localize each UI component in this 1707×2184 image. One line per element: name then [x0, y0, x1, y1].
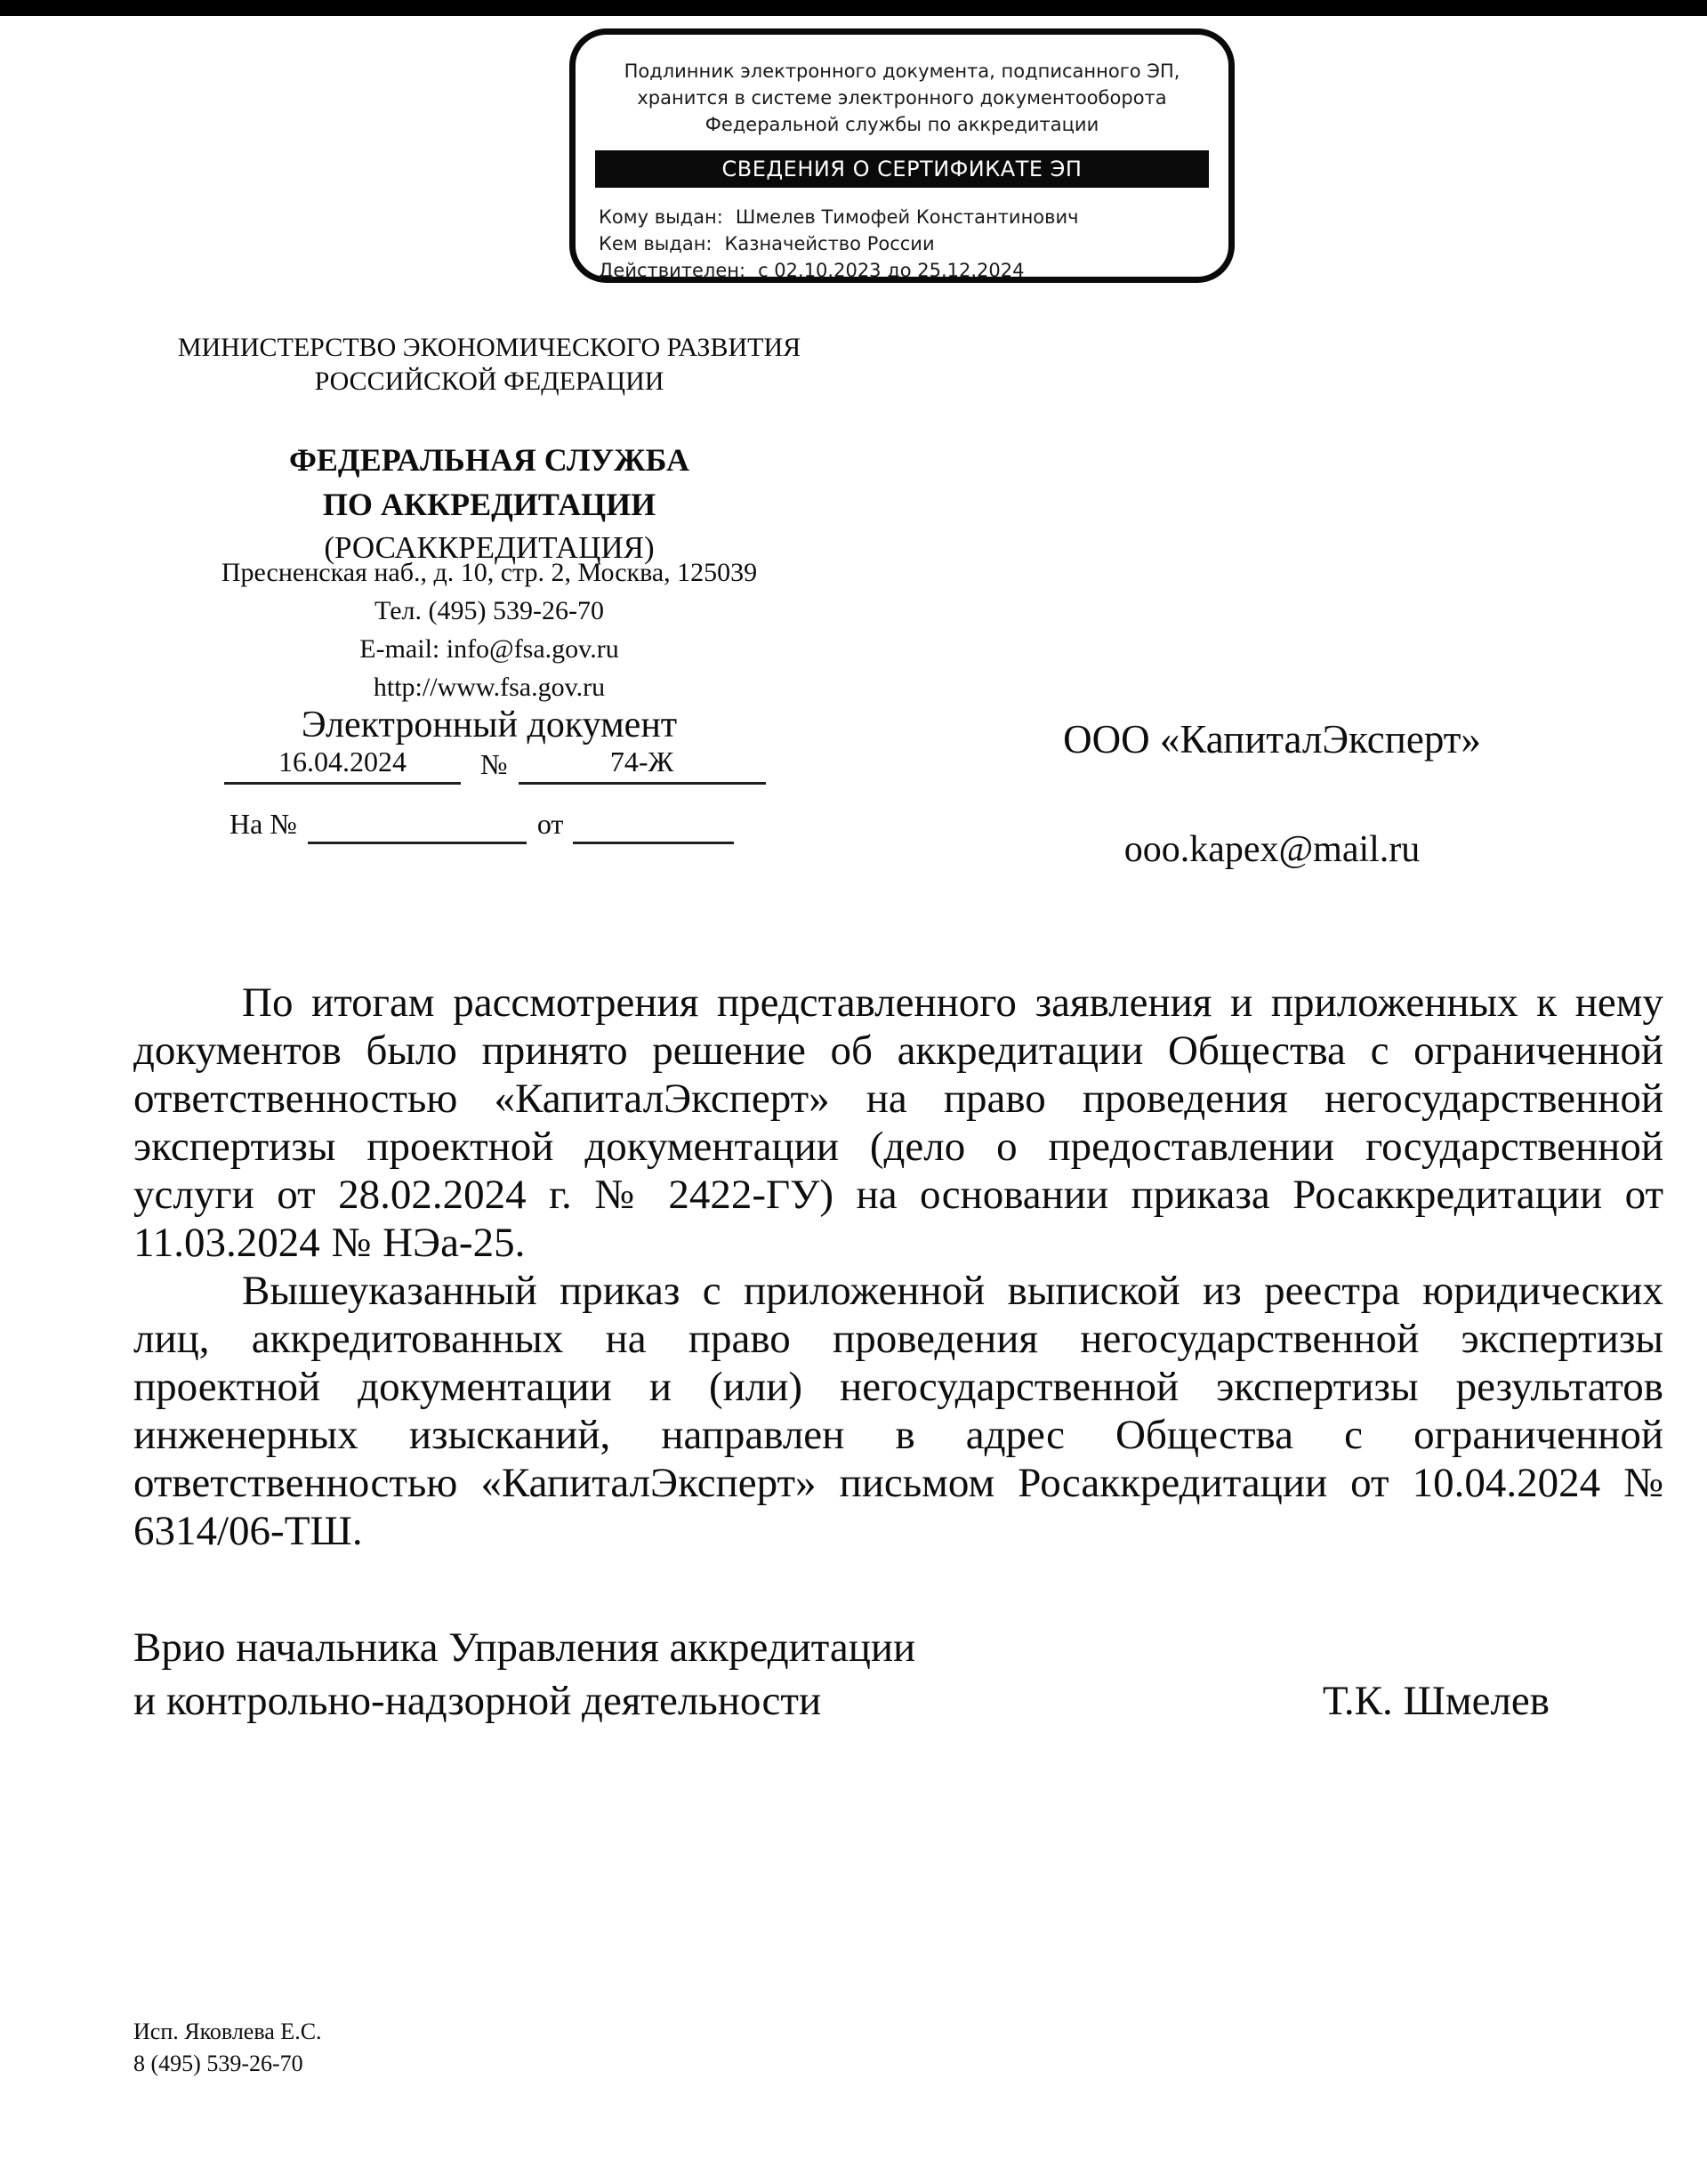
incoming-reference-row: На № от: [229, 805, 734, 844]
ministry-line1: МИНИСТЕРСТВО ЭКОНОМИЧЕСКОГО РАЗВИТИЯ: [89, 331, 890, 365]
esign-stamp: Подлинник электронного документа, подпис…: [569, 28, 1235, 283]
outgoing-reference-row: 16.04.2024 № 74-Ж: [224, 745, 766, 785]
outgoing-date-field: 16.04.2024: [224, 745, 461, 785]
stamp-issued-to-value: Шмелев Тимофей Константинович: [736, 206, 1079, 228]
body-paragraph-1: По итогам рассмотрения представленного з…: [133, 979, 1663, 1267]
letter-body: По итогам рассмотрения представленного з…: [133, 979, 1663, 1555]
body-paragraph-2: Вышеуказанный приказ с приложенной выпис…: [133, 1267, 1663, 1555]
postal-address: Пресненская наб., д. 10, стр. 2, Москва,…: [89, 553, 890, 592]
reply-number-blank-field: [308, 805, 527, 844]
website-line: http://www.fsa.gov.ru: [89, 668, 890, 706]
ministry-heading: МИНИСТЕРСТВО ЭКОНОМИЧЕСКОГО РАЗВИТИЯ РОС…: [89, 331, 890, 399]
stamp-issued-by-value: Казначейство России: [725, 233, 935, 254]
executor-name: Исп. Яковлева Е.С.: [133, 2016, 322, 2048]
service-line1: ФЕДЕРАЛЬНАЯ СЛУЖБА: [89, 438, 890, 482]
stamp-intro-line2: хранится в системе электронного документ…: [576, 85, 1228, 111]
email-line: E-mail: info@fsa.gov.ru: [89, 630, 890, 668]
signer-position: Врио начальника Управления аккредитации …: [133, 1621, 915, 1728]
signer-position-line2: и контрольно-надзорной деятельности: [133, 1674, 915, 1728]
phone-line: Тел. (495) 539-26-70: [89, 592, 890, 630]
reply-from-label: от: [537, 808, 564, 844]
stamp-issued-by-label: Кем выдан:: [599, 233, 713, 254]
document-type-label: Электронный документ: [89, 705, 890, 745]
stamp-certificate-info: Кому выдан:Шмелев Тимофей Константинович…: [599, 204, 1211, 284]
reply-to-label: На №: [229, 808, 297, 844]
signer-name: Т.К. Шмелев: [1323, 1674, 1550, 1728]
stamp-issued-to-row: Кому выдан:Шмелев Тимофей Константинович: [599, 204, 1211, 230]
document-page: Подлинник электронного документа, подпис…: [0, 0, 1707, 2184]
reply-date-blank-field: [573, 805, 734, 844]
recipient-name: ООО «КапиталЭксперт»: [1023, 717, 1521, 762]
ministry-line2: РОССИЙСКОЙ ФЕДЕРАЦИИ: [89, 365, 890, 399]
stamp-certificate-title: СВЕДЕНИЯ О СЕРТИФИКАТЕ ЭП: [595, 150, 1209, 188]
recipient-email: ooo.kapex@mail.ru: [1023, 829, 1521, 870]
recipient-block: ООО «КапиталЭксперт» ooo.kapex@mail.ru: [1023, 717, 1521, 870]
stamp-validity-label: Действителен:: [599, 260, 745, 281]
stamp-validity-row: Действителен:с 02.10.2023 до 25.12.2024: [599, 257, 1211, 284]
stamp-intro: Подлинник электронного документа, подпис…: [576, 58, 1228, 138]
service-line2: ПО АККРЕДИТАЦИИ: [89, 482, 890, 527]
stamp-intro-line1: Подлинник электронного документа, подпис…: [576, 58, 1228, 85]
signer-position-line1: Врио начальника Управления аккредитации: [133, 1621, 915, 1674]
service-heading: ФЕДЕРАЛЬНАЯ СЛУЖБА ПО АККРЕДИТАЦИИ (РОСА…: [89, 438, 890, 569]
stamp-issued-by-row: Кем выдан:Казначейство России: [599, 230, 1211, 257]
executor-phone: 8 (495) 539-26-70: [133, 2048, 322, 2080]
outgoing-number-field: 74-Ж: [519, 745, 766, 785]
top-edge-bar: [0, 0, 1707, 16]
executor-block: Исп. Яковлева Е.С. 8 (495) 539-26-70: [133, 2016, 322, 2080]
stamp-intro-line3: Федеральной службы по аккредитации: [576, 111, 1228, 138]
number-sign: №: [480, 748, 508, 785]
signature-block: Врио начальника Управления аккредитации …: [133, 1621, 1663, 1728]
stamp-validity-value: с 02.10.2023 до 25.12.2024: [758, 260, 1024, 281]
stamp-issued-to-label: Кому выдан:: [599, 206, 723, 228]
contact-block: Пресненская наб., д. 10, стр. 2, Москва,…: [89, 553, 890, 706]
